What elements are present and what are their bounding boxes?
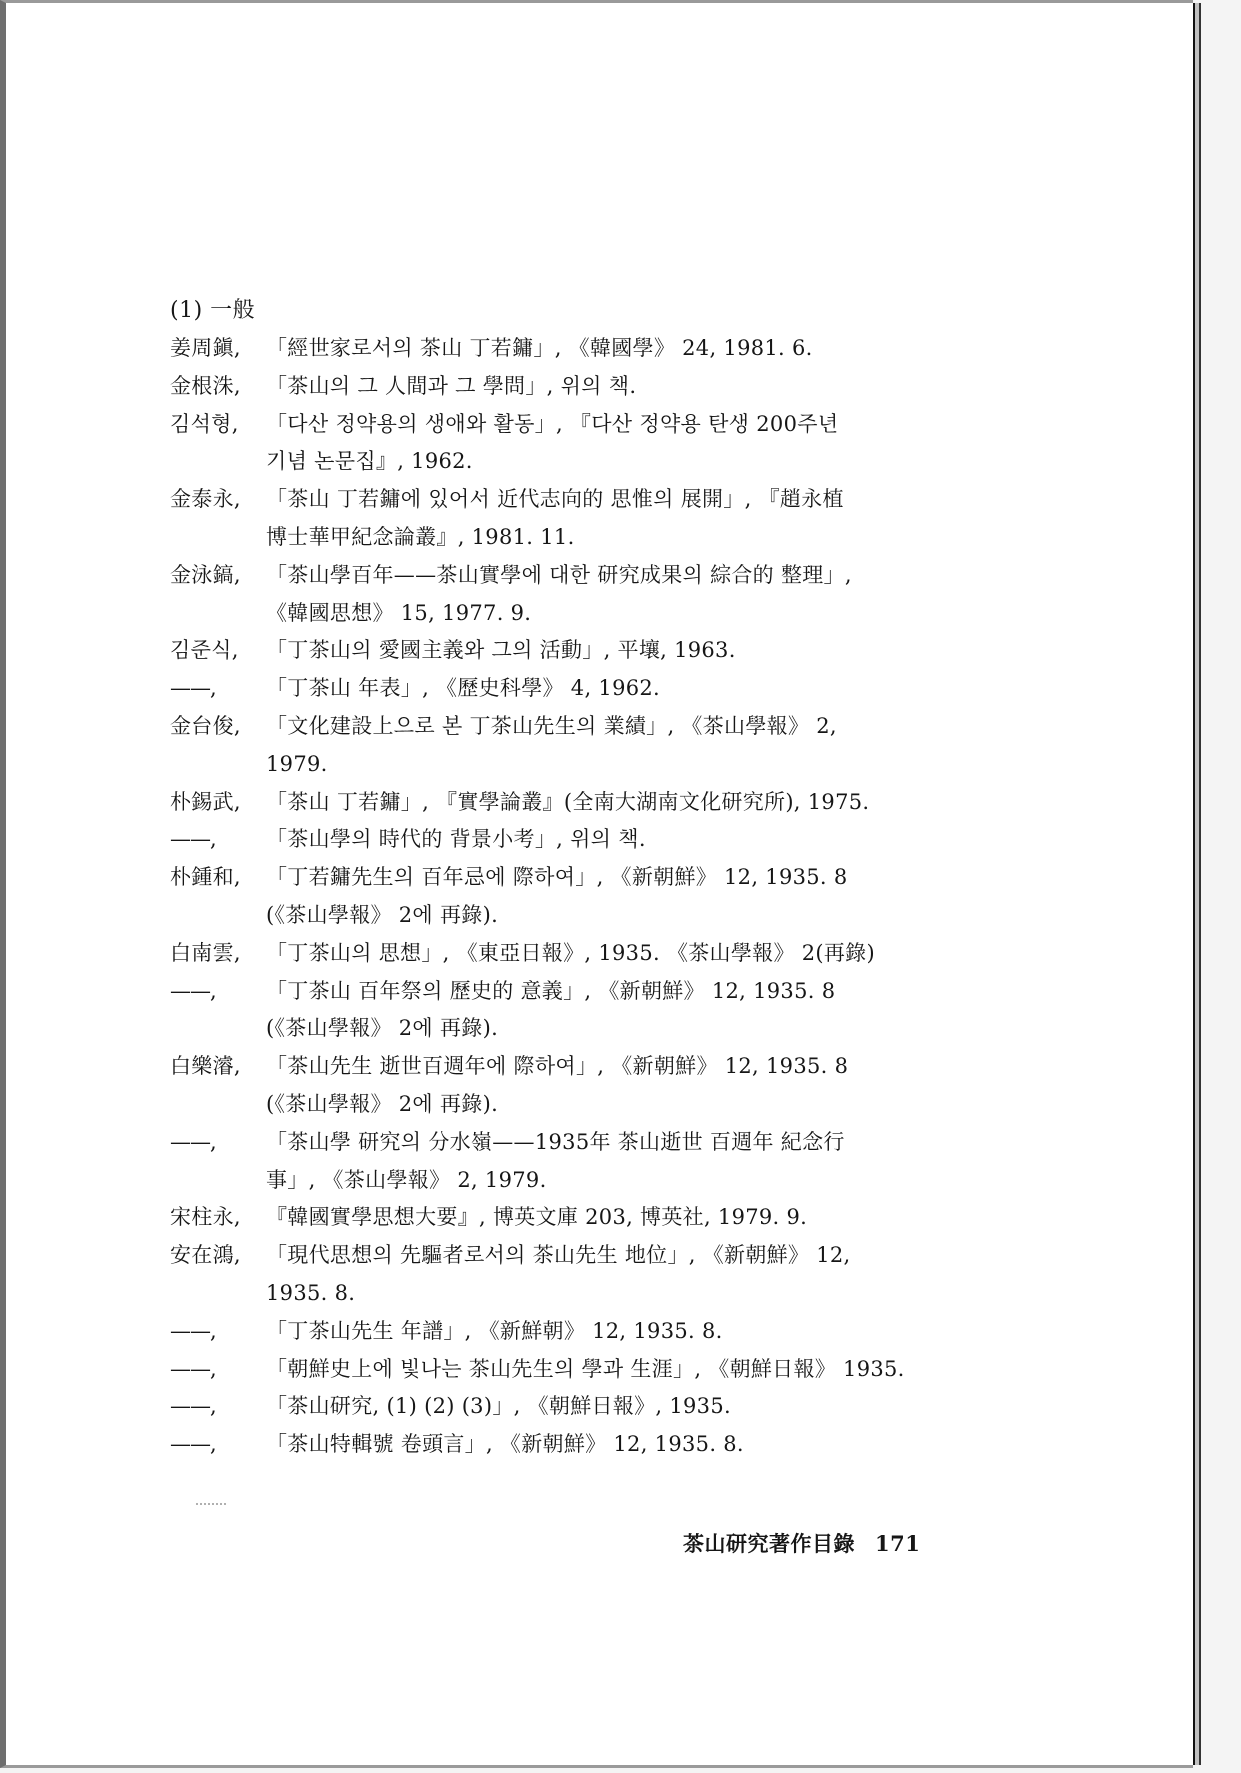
bibliography-entry: 白樂濬,「茶山先生 逝世百週年에 際하여」, 《新朝鮮》 12, 1935. 8… (170, 1048, 970, 1124)
page-edge (1193, 3, 1201, 1765)
bibliography-entry: 朴鍾和,「丁若鏞先生의 百年忌에 際하여」, 《新朝鮮》 12, 1935. 8… (170, 859, 970, 935)
bibliography-entry: ——,「茶山研究, (1) (2) (3)」, 《朝鮮日報》, 1935. (170, 1388, 970, 1426)
entry-text: 「茶山의 그 人間과 그 學問」, 위의 책. (266, 374, 636, 398)
entry-continuation: 기념 논문집』, 1962. (266, 449, 473, 473)
bibliography-entry: 金泰永,「茶山 丁若鏞에 있어서 近代志向的 思惟의 展開」, 『趙永植博士華甲… (170, 481, 970, 557)
entry-text: 「다산 정약용의 생애와 활동」, 『다산 정약용 탄생 200주년 (266, 412, 838, 436)
entry-continuation: 事」, 《茶山學報》 2, 1979. (266, 1168, 547, 1192)
entry-text: 「茶山學의 時代的 背景小考」, 위의 책. (266, 827, 646, 851)
section-heading: (1) 一般 (170, 293, 970, 329)
bibliography-entry: 宋柱永,『韓國實學思想大要』, 博英文庫 203, 博英社, 1979. 9. (170, 1199, 970, 1237)
page-footer: 茶山研究著作目錄171 (683, 1528, 920, 1558)
bibliography-entry: ——,「丁茶山 年表」, 《歷史科學》 4, 1962. (170, 670, 970, 708)
entry-continuation: (《茶山學報》 2에 再錄). (266, 903, 498, 927)
entry-text: 「丁茶山 百年祭의 歷史的 意義」, 《新朝鮮》 12, 1935. 8 (266, 979, 835, 1003)
entry-text: 「丁茶山의 思想」, 《東亞日報》, 1935. 《茶山學報》 2(再錄) (266, 941, 875, 965)
bibliography-entry: ——,「丁茶山先生 年譜」, 《新鮮朝》 12, 1935. 8. (170, 1313, 970, 1351)
entry-author: 朴錫武, (170, 784, 266, 822)
entry-text: 「茶山特輯號 卷頭言」, 《新朝鮮》 12, 1935. 8. (266, 1432, 744, 1456)
entry-author: ——, (170, 973, 266, 1011)
entry-text: 「茶山先生 逝世百週年에 際하여」, 《新朝鮮》 12, 1935. 8 (266, 1054, 848, 1078)
entry-author: ——, (170, 670, 266, 708)
entry-continuation: 《韓國思想》 15, 1977. 9. (266, 601, 531, 625)
bibliography-entry: ——,「朝鮮史上에 빛나는 茶山先生의 學과 生涯」, 《朝鮮日報》 1935. (170, 1351, 970, 1389)
bibliography-entry: ——,「丁茶山 百年祭의 歷史的 意義」, 《新朝鮮》 12, 1935. 8(… (170, 973, 970, 1049)
entry-author: ——, (170, 1426, 266, 1464)
entry-continuation: 1935. 8. (266, 1281, 355, 1305)
bibliography-entry: 김석형,「다산 정약용의 생애와 활동」, 『다산 정약용 탄생 200주년기념… (170, 406, 970, 482)
entry-text: 「丁茶山先生 年譜」, 《新鮮朝》 12, 1935. 8. (266, 1319, 723, 1343)
entry-text: 「茶山 丁若鏞에 있어서 近代志向的 思惟의 展開」, 『趙永植 (266, 487, 844, 511)
entry-author: ——, (170, 821, 266, 859)
entry-text: 「茶山學 研究의 分水嶺——1935年 茶山逝世 百週年 紀念行 (266, 1130, 845, 1154)
entry-author: 白樂濬, (170, 1048, 266, 1086)
entry-text: 「丁茶山의 愛國主義와 그의 活動」, 平壤, 1963. (266, 638, 736, 662)
bibliography-entry: 金根洙,「茶山의 그 人間과 그 學問」, 위의 책. (170, 368, 970, 406)
bibliography-entry: 姜周鎭,「經世家로서의 茶山 丁若鏞」, 《韓國學》 24, 1981. 6. (170, 330, 970, 368)
bibliography-entry: 安在鴻,「現代思想의 先驅者로서의 茶山先生 地位」, 《新朝鮮》 12,193… (170, 1237, 970, 1313)
entry-author: 白南雲, (170, 935, 266, 973)
bibliography-list: 姜周鎭,「經世家로서의 茶山 丁若鏞」, 《韓國學》 24, 1981. 6.金… (170, 330, 970, 1464)
scan-artifact (196, 1503, 226, 1508)
entry-author: 宋柱永, (170, 1199, 266, 1237)
bibliography-entry: 朴錫武,「茶山 丁若鏞」, 『實學論叢』(全南大湖南文化研究所), 1975. (170, 784, 970, 822)
entry-author: 姜周鎭, (170, 330, 266, 368)
entry-author: 金台俊, (170, 708, 266, 746)
bibliography-entry: 金泳鎬,「茶山學百年——茶山實學에 대한 研究成果의 綜合的 整理」,《韓國思想… (170, 557, 970, 633)
entry-author: 安在鴻, (170, 1237, 266, 1275)
entry-continuation: 博士華甲紀念論叢』, 1981. 11. (266, 525, 575, 549)
entry-author: ——, (170, 1313, 266, 1351)
entry-author: ——, (170, 1124, 266, 1162)
bibliography-entry: 金台俊,「文化建設上으로 본 丁茶山先生의 業績」, 《茶山學報》 2,1979… (170, 708, 970, 784)
entry-author: ——, (170, 1388, 266, 1426)
entry-continuation: (《茶山學報》 2에 再錄). (266, 1016, 498, 1040)
entry-text: 「現代思想의 先驅者로서의 茶山先生 地位」, 《新朝鮮》 12, (266, 1243, 851, 1267)
bibliography-entry: 김준식,「丁茶山의 愛國主義와 그의 活動」, 平壤, 1963. (170, 632, 970, 670)
bibliography-entry: ——,「茶山學의 時代的 背景小考」, 위의 책. (170, 821, 970, 859)
entry-text: 「茶山學百年——茶山實學에 대한 研究成果의 綜合的 整理」, (266, 563, 852, 587)
entry-text: 『韓國實學思想大要』, 博英文庫 203, 博英社, 1979. 9. (266, 1205, 807, 1229)
entry-author: ——, (170, 1351, 266, 1389)
entry-author: 金泳鎬, (170, 557, 266, 595)
book-page: (1) 一般 姜周鎭,「經世家로서의 茶山 丁若鏞」, 《韓國學》 24, 19… (0, 0, 1193, 1768)
entry-author: 김준식, (170, 632, 266, 670)
running-title: 茶山研究著作目錄 (683, 1531, 855, 1556)
entry-text: 「文化建設上으로 본 丁茶山先生의 業績」, 《茶山學報》 2, (266, 714, 837, 738)
entry-text: 「丁茶山 年表」, 《歷史科學》 4, 1962. (266, 676, 660, 700)
page-number: 171 (875, 1531, 920, 1556)
entry-author: 김석형, (170, 406, 266, 444)
entry-text: 「朝鮮史上에 빛나는 茶山先生의 學과 生涯」, 《朝鮮日報》 1935. (266, 1357, 905, 1381)
entry-text: 「茶山研究, (1) (2) (3)」, 《朝鮮日報》, 1935. (266, 1394, 731, 1418)
entry-author: 金泰永, (170, 481, 266, 519)
entry-continuation: 1979. (266, 752, 328, 776)
bibliography-entry: ——,「茶山學 研究의 分水嶺——1935年 茶山逝世 百週年 紀念行事」, 《… (170, 1124, 970, 1200)
entry-text: 「丁若鏞先生의 百年忌에 際하여」, 《新朝鮮》 12, 1935. 8 (266, 865, 848, 889)
entry-text: 「經世家로서의 茶山 丁若鏞」, 《韓國學》 24, 1981. 6. (266, 336, 813, 360)
entry-continuation: (《茶山學報》 2에 再錄). (266, 1092, 498, 1116)
entry-text: 「茶山 丁若鏞」, 『實學論叢』(全南大湖南文化研究所), 1975. (266, 790, 869, 814)
entry-author: 金根洙, (170, 368, 266, 406)
entry-author: 朴鍾和, (170, 859, 266, 897)
bibliography-entry: ——,「茶山特輯號 卷頭言」, 《新朝鮮》 12, 1935. 8. (170, 1426, 970, 1464)
bibliography-entry: 白南雲,「丁茶山의 思想」, 《東亞日報》, 1935. 《茶山學報》 2(再錄… (170, 935, 970, 973)
bibliography-section: (1) 一般 姜周鎭,「經世家로서의 茶山 丁若鏞」, 《韓國學》 24, 19… (170, 293, 970, 1464)
